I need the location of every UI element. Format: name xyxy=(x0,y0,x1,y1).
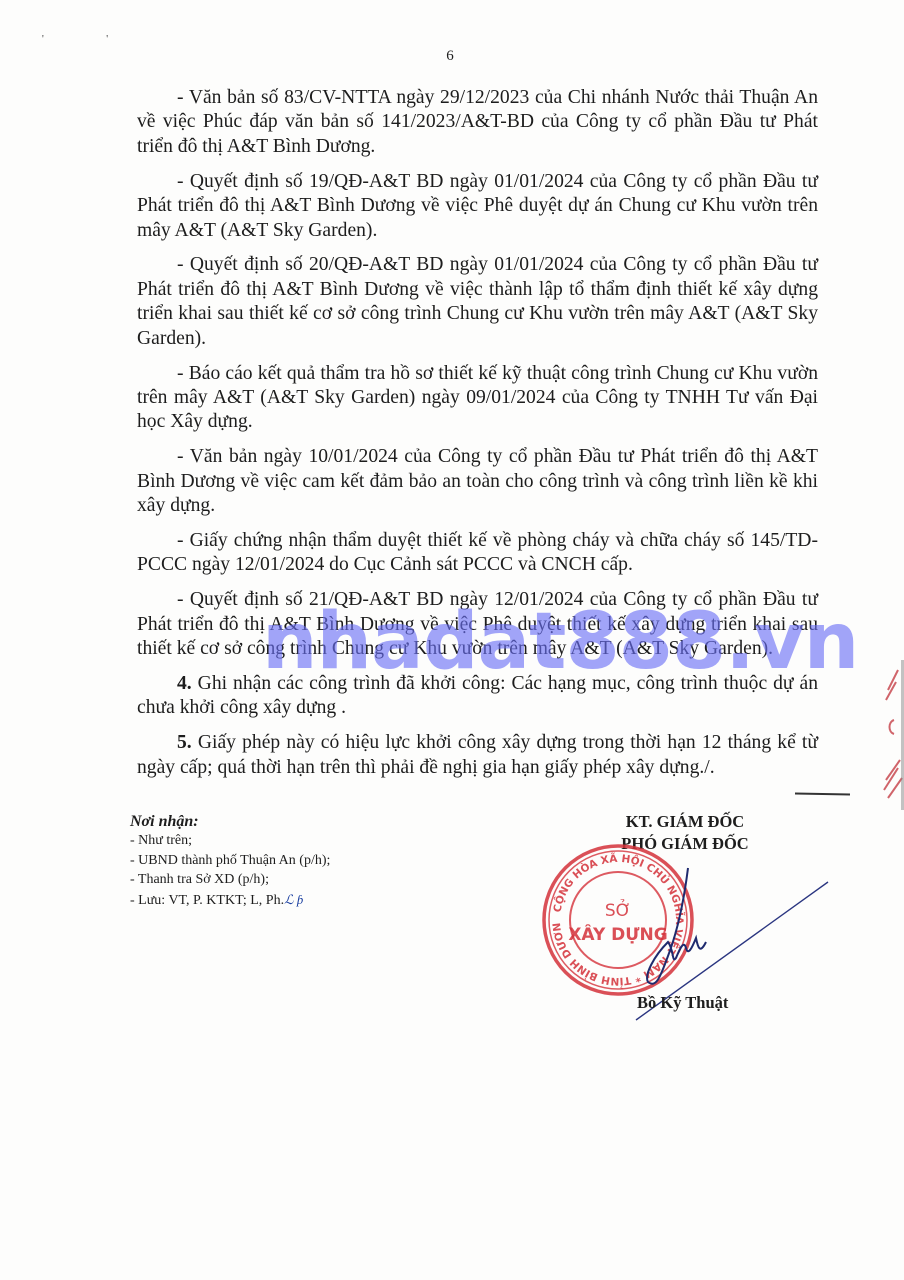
scan-specks: ' ' xyxy=(42,34,138,45)
recipient-item: - Thanh tra Sở XD (p/h); xyxy=(130,870,330,890)
signer-name: Bồ Kỹ Thuật xyxy=(637,993,728,1013)
reference-paragraph: - Văn bản số 83/CV-NTTA ngày 29/12/2023 … xyxy=(137,86,818,159)
recipient-item: - UBND thành phố Thuận An (p/h); xyxy=(130,851,330,871)
edge-stamp-fragment-icon xyxy=(878,660,904,810)
reference-paragraph: - Giấy chứng nhận thẩm duyệt thiết kế về… xyxy=(137,529,818,578)
clause-number: 5. xyxy=(177,732,192,753)
page-number: 6 xyxy=(0,48,904,65)
watermark: nhadat888.vn xyxy=(262,602,732,682)
handwritten-tick-mark xyxy=(795,793,850,796)
clause-5: 5. Giấy phép này có hiệu lực khởi công x… xyxy=(137,731,818,780)
recipients-title: Nơi nhận: xyxy=(130,813,330,831)
clause-number: 4. xyxy=(177,673,192,694)
recipients-block: Nơi nhận: - Như trên; - UBND thành phố T… xyxy=(130,813,330,910)
reference-paragraph: - Văn bản ngày 10/01/2024 của Công ty cổ… xyxy=(137,445,818,518)
recipient-item: - Như trên; xyxy=(130,831,330,851)
recipient-item: - Lưu: VT, P. KTKT; L, Ph.ℒ ƥ xyxy=(130,890,330,911)
reference-paragraph: - Quyết định số 19/QĐ-A&T BD ngày 01/01/… xyxy=(137,170,818,243)
initials-icon: ℒ ƥ xyxy=(284,892,303,907)
reference-paragraph: - Quyết định số 20/QĐ-A&T BD ngày 01/01/… xyxy=(137,253,818,351)
reference-paragraph: - Báo cáo kết quả thẩm tra hồ sơ thiết k… xyxy=(137,362,818,435)
signature-title-line1: KT. GIÁM ĐỐC xyxy=(560,811,810,833)
